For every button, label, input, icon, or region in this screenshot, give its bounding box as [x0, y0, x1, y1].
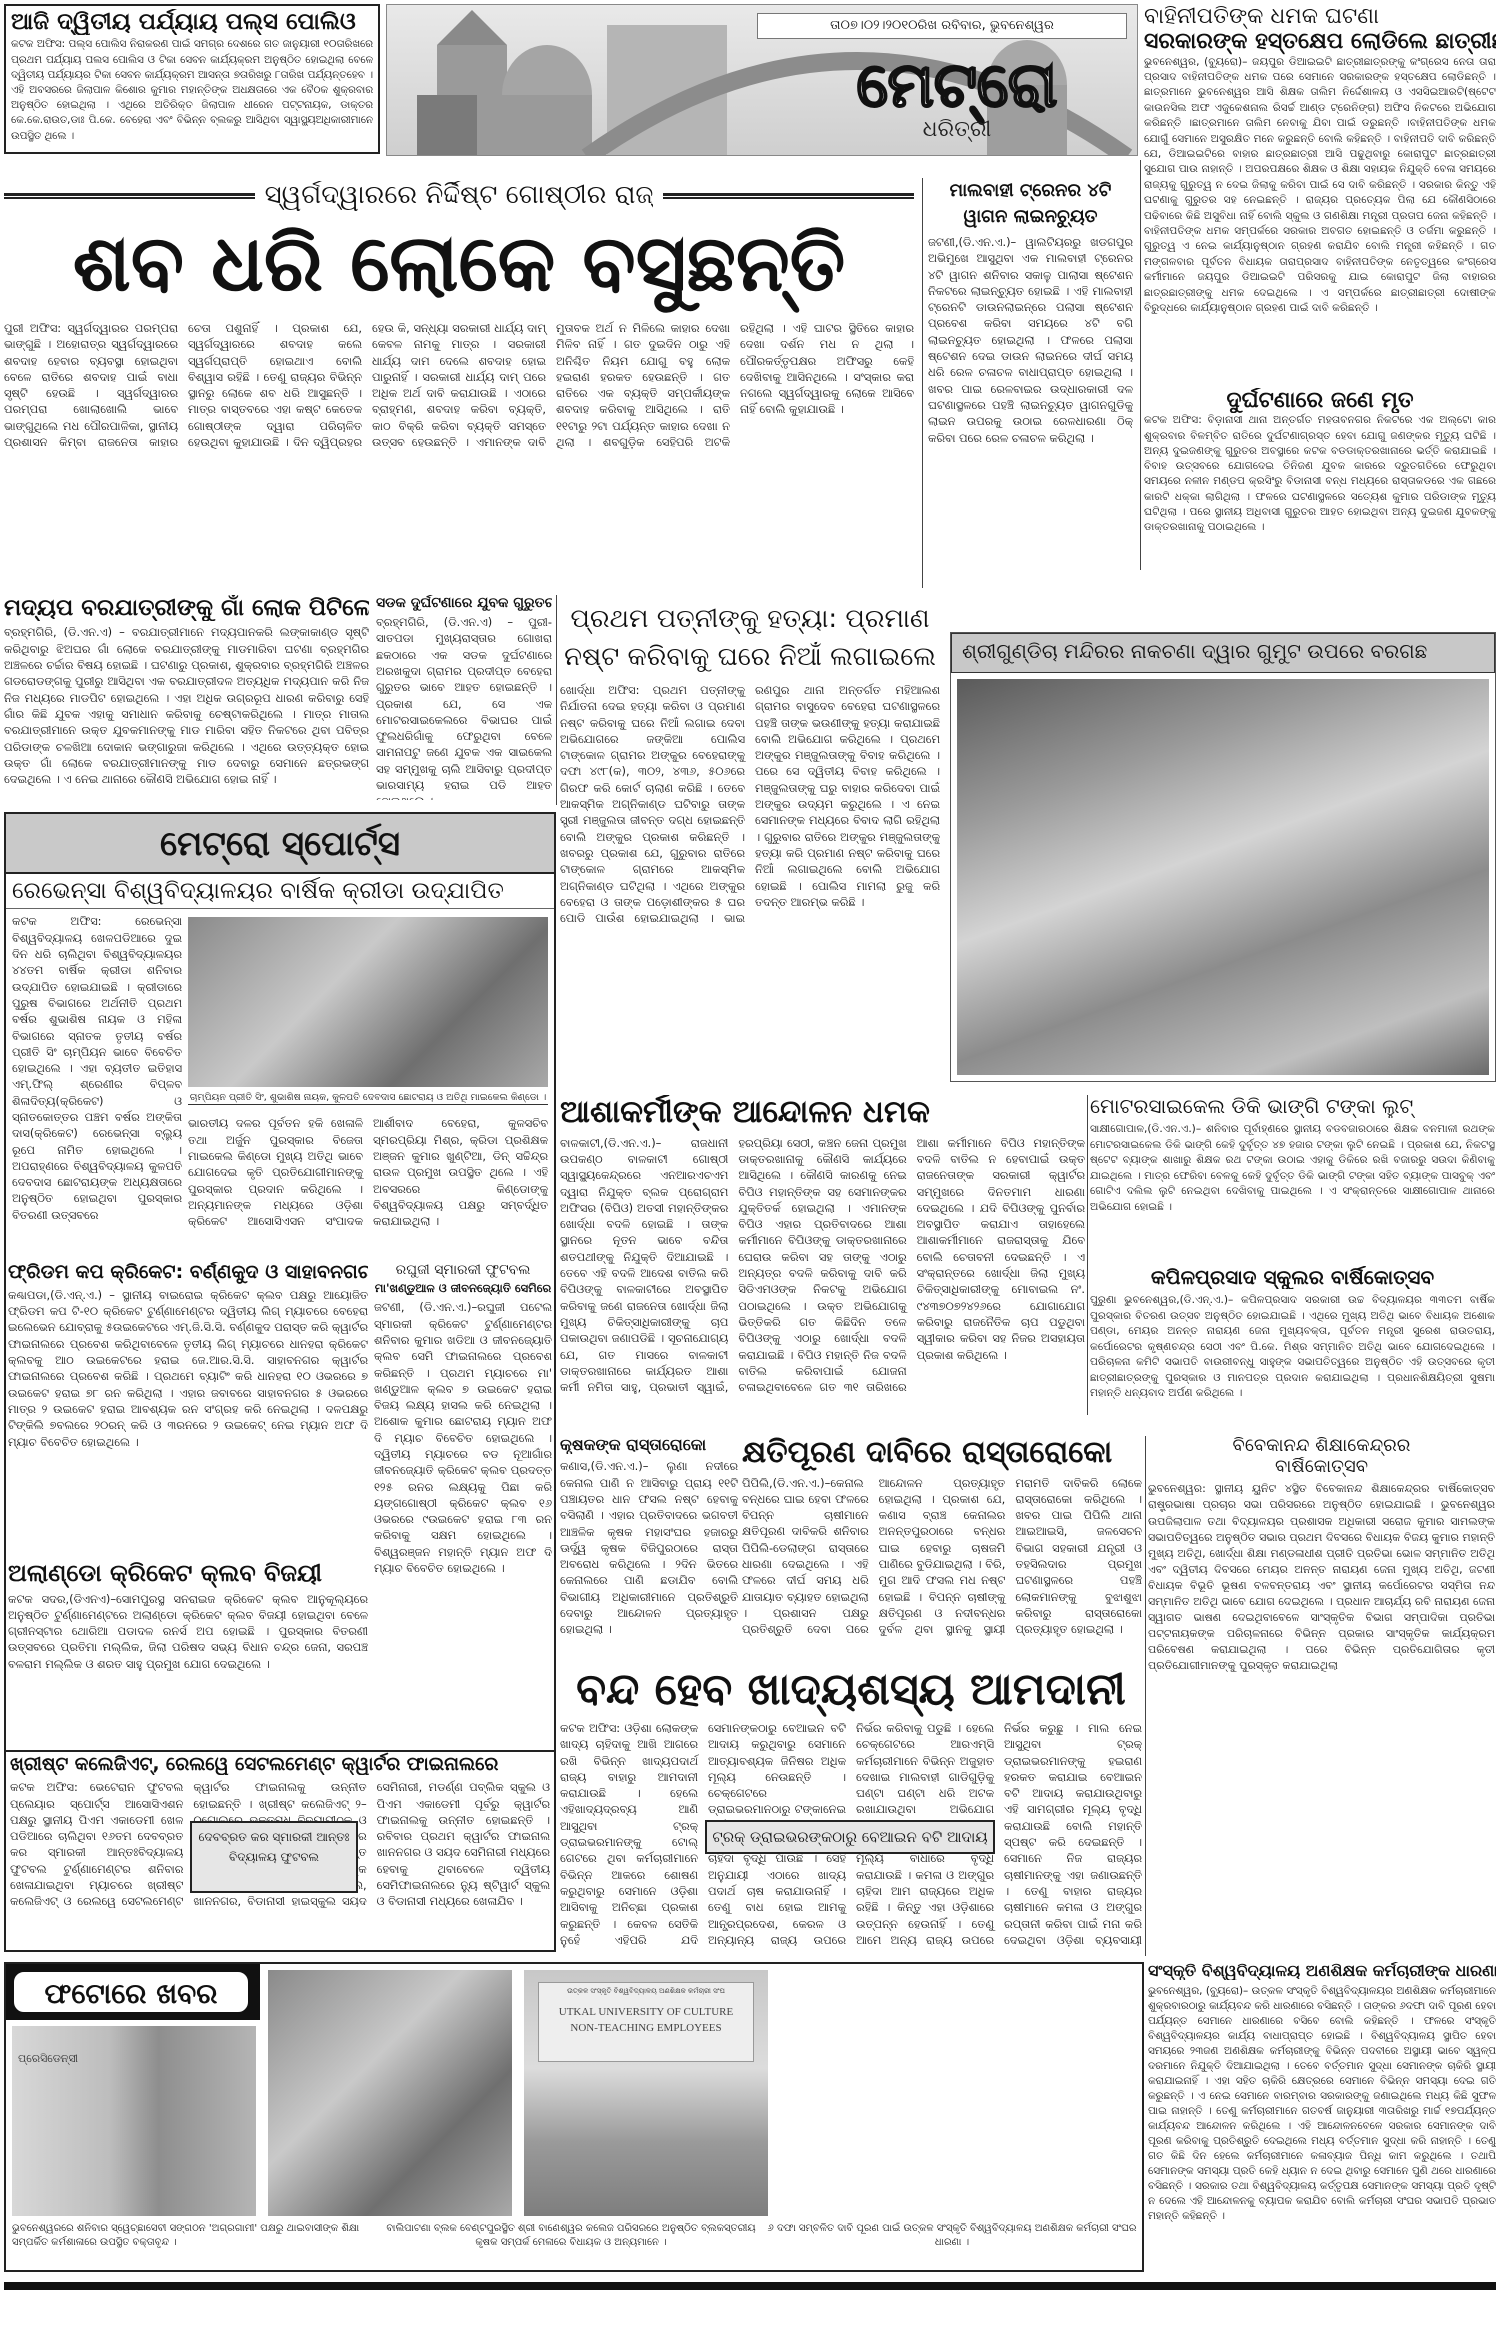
photo-1-caption: ଭୁବନେଶ୍ୱରରେ ଶନିବାର ସ୍ୱେଚ୍ଛାସେବୀ ସଙ୍ଗଠନ '… — [12, 2222, 376, 2250]
accident-body: କଟକ ଅଫିସ: ବିଡ଼ାନାସୀ ଥାନା ଅନ୍ତର୍ଗତ ମହତାବନ… — [1144, 413, 1496, 547]
ravenshaw-caption: ଚାମ୍ପିୟନ ପ୍ରୀତି ସିଂ, ଶୁଭାଶିଷ ନାୟକ, କୁଳପତ… — [188, 1091, 548, 1105]
motorcycle-headline: ମୋଟରସାଇକେଲ ଡିକି ଭାଙ୍ଗି ଟଙ୍କା ଲୁଟ୍ — [1090, 1095, 1495, 1118]
road-accident-body: ବ୍ରହ୍ମଗିରି, (ଡି.ଏନ.ଏ) – ପୁରୀ-ସାତପଡା ମୁଖ୍… — [376, 614, 552, 800]
gundicha-box: ଶ୍ରୀଗୁଣ୍ଡିଚା ମନ୍ଦିରର ନାକଚଣା ଦ୍ୱାର ଗୁମୁଟ … — [950, 632, 1496, 1082]
polio-headline: ଆଜି ଦ୍ୱିତୀୟ ପର୍ଯ୍ୟାୟ ପଲ୍ସ ପୋଲିଓ — [11, 9, 373, 35]
swargadwara-kicker: ସ୍ୱର୍ଗଦ୍ୱାରରେ ନିର୍ଦ୍ଦିଷ୍ଟ ଗୋଷ୍ଠୀର ରାଜ୍ — [265, 181, 654, 211]
christ-boxed-title-2: ବିଦ୍ୟାଳୟ ଫୁଟବଲ — [192, 1851, 356, 1865]
ravenshaw-headline: ରେଭେନ୍ସା ବିଶ୍ୱବିଦ୍ୟାଳୟର ବାର୍ଷିକ କ୍ରୀଡା ଉ… — [6, 874, 554, 909]
gundicha-headline: ଶ୍ରୀଗୁଣ୍ଡିଚା ମନ୍ଦିରର ନାକଚଣା ଦ୍ୱାର ଗୁମୁଟ … — [951, 633, 1495, 673]
photo-news-banner: ଫଟୋରେ ଖବର — [12, 1970, 250, 2014]
swargadwara-kicker-row: ସ୍ୱର୍ଗଦ୍ୱାରରେ ନିର୍ଦ୍ଦିଷ୍ଟ ଗୋଷ୍ଠୀର ରାଜ୍ — [4, 178, 914, 214]
raghuji-story: ରଘୁଜୀ ସ୍ମାରକୀ ଫୁଟବଲ ମା'ଖଣ୍ଡୁଆଳ ଓ ଜୀବନଜ୍ୟ… — [374, 1262, 552, 1712]
photo-3: ଉତ୍କଳ ସଂସ୍କୃତି ବିଶ୍ୱବିଦ୍ୟାଳୟ ଅଣଶିକ୍ଷକ କର… — [524, 1970, 768, 2216]
alando-headline: ଅଲାଣ୍ଡୋ କ୍ରିକେଟ କ୍ଲବ ବିଜୟୀ — [8, 1560, 368, 1588]
raghuji-headline-2: ମା'ଖଣ୍ଡୁଆଳ ଓ ଜୀବନଜ୍ୟୋତି ସେମିରେ — [374, 1282, 552, 1295]
freedom-cup-story: ଫ୍ରିଡମ କପ କ୍ରିକେଟ: ବର୍ଣ୍ଣକୁଦ ଓ ସାହାବନଗର … — [8, 1262, 368, 1552]
malbahi-body: ଜଟଣୀ,(ଡି.ଏନ.ଏ.)– ୱାଲଟିୟରରୁ ଖଡଗପୁର ଅଭିମୁଖ… — [928, 234, 1133, 534]
asha-story: ଆଶାକର୍ମୀଙ୍କ ଆନ୍ଦୋଳନ ଧମକ ବାଳକାଟୀ,(ଡି.ଏନ.ଏ… — [560, 1095, 1085, 1415]
kapilaprasad-story: କପିଳପ୍ରସାଦ ସ୍କୁଲର ବାର୍ଷିକୋତ୍ସବ ପୁରୁଣା ଭୁ… — [1090, 1266, 1495, 1416]
raghuji-headline-1: ରଘୁଜୀ ସ୍ମାରକୀ ଫୁଟବଲ — [374, 1262, 552, 1278]
road-accident-headline: ସଡକ ଦୁର୍ଘଟଣାରେ ଯୁବକ ଗୁରୁତର — [376, 595, 552, 611]
ravenshaw-body-right: ଭାରତୀୟ ଦଳର ପୂର୍ବତନ ହକି ଖେଳାଳି ତଥା ଅର୍ଜୁନ… — [188, 1115, 548, 1241]
drunk-story: ମଦ୍ୟପ ବରଯାତ୍ରୀଙ୍କୁ ଗାଁ ଲୋକ ପିଟିଲେ ବ୍ରହ୍ମ… — [4, 595, 369, 805]
kapilaprasad-headline: କପିଳପ୍ରସାଦ ସ୍କୁଲର ବାର୍ଷିକୋତ୍ସବ — [1090, 1266, 1495, 1289]
christ-boxed-title-1: ଦେବବ୍ରତ କର ସ୍ମାରକୀ ଆନ୍ତଃ — [192, 1831, 356, 1845]
compensation-headline: କ୍ଷତିପୂରଣ ଦାବିରେ ରାସ୍ତାରୋକୋ — [742, 1436, 1142, 1471]
bahinipati-headline-2: ସରକାରଙ୍କ ହସ୍ତକ୍ଷେପ ଲୋଡିଲେ ଛାତ୍ରୀଛାତ୍ର — [1144, 29, 1496, 54]
kapilaprasad-body: ପୁରୁଣା ଭୁବନେଶ୍ୱର,(ଡି.ଏନ୍.ଏ.)– କପିଳପ୍ରସାଦ… — [1090, 1293, 1495, 1411]
dateline-box: ତା୦୭।୦୨।୨୦୧୦ରିଖ ରବିବାର, ଭୁବନେଶ୍ୱର — [757, 13, 1127, 39]
column-rule — [1140, 160, 1141, 570]
rule-left — [4, 193, 255, 199]
compensation-body: ପିପିଲି,(ଡି.ଏନ.ଏ.)–କେନାଲ ବନ୍ଧରେ ଘାଇ ହେବା … — [742, 1475, 1142, 1653]
motorcycle-story: ମୋଟରସାଇକେଲ ଡିକି ଭାଙ୍ଗି ଟଙ୍କା ଲୁଟ୍ ସାକ୍ଷୀ… — [1090, 1095, 1495, 1260]
bottom-rule — [4, 2282, 1496, 2290]
murder-body: ଖୋର୍ଦ୍ଧା ଅଫିସ: ପ୍ରଥମ ପତ୍ନୀଙ୍କୁ ନିର୍ଯାତନା… — [560, 682, 940, 1078]
food-import-subhead: ଟ୍ରକ୍ ଡ୍ରାଇଭରଙ୍କଠାରୁ ବେଆଇନ ବଟି ଆଦାୟ — [705, 1820, 995, 1854]
column-rule — [922, 178, 923, 588]
sanskruti-story: ସଂସ୍କୃତି ବିଶ୍ୱବିଦ୍ୟାଳୟ ଅଣଶିକ୍ଷକ କର୍ମଚାରୀ… — [1148, 1962, 1496, 2272]
photo-news-section: ଫଟୋରେ ଖବର ପ୍ରେସିଡେନ୍ସୀ ଭୁବନେଶ୍ୱରରେ ଶନିବା… — [4, 1962, 1144, 2272]
motorcycle-body: ସାକ୍ଷୀଗୋପାଳ,(ଡି.ଏନ.ଏ.)– ଶନିବାର ପୂର୍ବାହ୍ଣ… — [1090, 1122, 1495, 1250]
bahinipati-headline-1: ବାହିନୀପତିଙ୍କ ଧମକ ଘଟଣା — [1144, 4, 1496, 29]
sports-banner: ମେଟ୍ରୋ ସ୍ପୋର୍ଟ୍ସ — [6, 814, 554, 874]
masthead: ତା୦୭।୦୨।୨୦୧୦ରିଖ ରବିବାର, ଭୁବନେଶ୍ୱର ମେଟ୍ରୋ… — [386, 4, 1138, 156]
malbahi-headline: ମାଲବାହୀ ଟ୍ରେନର ୪ଟି ୱାଗନ ଲାଇନଚ୍ୟୁତ — [928, 178, 1133, 230]
food-import-headline: ବନ୍ଦ ହେବ ଖାଦ୍ୟଶସ୍ୟ ଆମଦାନୀ — [560, 1660, 1142, 1720]
vivekananda-headline-2: ବାର୍ଷିକୋତ୍ସବ — [1148, 1457, 1495, 1478]
rule-right — [663, 193, 914, 199]
photo-3-sign-en2: NON-TEACHING EMPLOYEES — [539, 2022, 753, 2034]
christ-boxed-title: ଦେବବ୍ରତ କର ସ୍ମାରକୀ ଆନ୍ତଃ ବିଦ୍ୟାଳୟ ଫୁଟବଲ — [190, 1821, 358, 1893]
photo-3-caption: ୬ ଦଫା ସମ୍ବଳିତ ଦାବି ପୂରଣ ପାଇଁ ଉତ୍କଳ ସଂସ୍କ… — [762, 2222, 1142, 2250]
photo-1-sign: ପ୍ରେସିଡେନ୍ସୀ — [18, 2052, 78, 2066]
photo-3-sign-odia: ଉତ୍କଳ ସଂସ୍କୃତି ବିଶ୍ୱବିଦ୍ୟାଳୟ ଅଣଶିକ୍ଷକ କର… — [539, 1987, 753, 1996]
krushak-story: କୃଷକଙ୍କ ରାସ୍ତାରୋକୋ କଣାସ,(ଡି.ଏନ.ଏ.)– ଲୁଣା… — [560, 1436, 738, 1656]
vivekananda-story: ବିବେକାନନ୍ଦ ଶିକ୍ଷାକେନ୍ଦ୍ରର ବାର୍ଷିକୋତ୍ସବ ଭ… — [1148, 1436, 1495, 1876]
polio-body: କଟକ ଅଫିସ: ପଲ୍ସ ପୋଲିସ ନିରାକରଣ ପାଇଁ ସମଗ୍ର … — [11, 37, 373, 149]
asha-body: ବାଳକାଟୀ,(ଡି.ଏନ.ଏ.)– ରାଜଧାନୀ ଉପକଣ୍ଠ ବାଳକା… — [560, 1135, 1085, 1411]
photo-2-caption: ବାଲିପାଟଣା ବ୍ଲକ ବେଣ୍ଟପୁରସ୍ଥିତ ଶ୍ରୀ ବାଣେଶ୍… — [386, 2222, 756, 2250]
sanskruti-headline: ସଂସ୍କୃତି ବିଶ୍ୱବିଦ୍ୟାଳୟ ଅଣଶିକ୍ଷକ କର୍ମଚାରୀ… — [1148, 1962, 1496, 1980]
masthead-title: ମେଟ୍ରୋ — [807, 49, 1107, 121]
raghuji-body: ଜଟଣୀ, (ଡି.ଏନ.ଏ.)–ରଘୁଜୀ ପଟେଲ ସ୍ମାରକୀ କ୍ରି… — [374, 1299, 552, 1699]
ravenshaw-photo — [188, 917, 548, 1087]
photo-3-sign-en1: UTKAL UNIVERSITY OF CULTURE — [539, 2006, 753, 2018]
accident-story: ଦୁର୍ଘଟଣାରେ ଜଣେ ମୃତ କଟକ ଅଫିସ: ବିଡ଼ାନାସୀ ଥ… — [1144, 388, 1496, 556]
freedom-cup-headline: ଫ୍ରିଡମ କପ କ୍ରିକେଟ: ବର୍ଣ୍ଣକୁଦ ଓ ସାହାବନଗର … — [8, 1262, 368, 1284]
photo-1: ପ୍ରେସିଡେନ୍ସୀ — [12, 2026, 256, 2216]
swargadwara-headline: ଶବ ଧରି ଲୋକେ ବସୁଛନ୍ତି — [4, 214, 914, 314]
alando-body: କଟକ ସଦର,(ଡିଏନଏ)–ସୋମପୁରସ୍ଥ ସନରାଇଜ କ୍ରିକେଟ… — [8, 1591, 368, 1711]
column-rule — [1087, 1095, 1088, 1415]
drunk-headline: ମଦ୍ୟପ ବରଯାତ୍ରୀଙ୍କୁ ଗାଁ ଲୋକ ପିଟିଲେ — [4, 595, 369, 621]
compensation-story: କ୍ଷତିପୂରଣ ଦାବିରେ ରାସ୍ତାରୋକୋ ପିପିଲି,(ଡି.ଏ… — [742, 1436, 1142, 1656]
sanskruti-body: ଭୁବନେଶ୍ୱର, (ବ୍ୟୁରୋ)– ଉତ୍କଳ ସଂସ୍କୃତି ବିଶ୍… — [1148, 1984, 1496, 2268]
road-accident-story: ସଡକ ଦୁର୍ଘଟଣାରେ ଯୁବକ ଗୁରୁତର ବ୍ରହ୍ମଗିରି, (… — [376, 595, 552, 805]
vivekananda-body: ଭୁବନେଶ୍ୱର: ସ୍ଥାନୀୟ ୟୁନିଟ ୪ସ୍ଥିତ ବିବେକାନନ… — [1148, 1481, 1495, 1861]
photo-3-sign: ଉତ୍କଳ ସଂସ୍କୃତି ବିଶ୍ୱବିଦ୍ୟାଳୟ ଅଣଶିକ୍ଷକ କର… — [538, 1982, 754, 2062]
accident-headline: ଦୁର୍ଘଟଣାରେ ଜଣେ ମୃତ — [1144, 388, 1496, 413]
christ-story: ଖ୍ରୀଷ୍ଟ କଲେଜିଏଟ୍, ରେଲୱେ ସେଟଲମେଣ୍ଟ କ୍ୱାର୍… — [4, 1752, 556, 1952]
krushak-body: କଣାସ,(ଡି.ଏନ.ଏ.)– ଲୁଣା ନଦୀରେ କେନାଲ ପାଣି ନ… — [560, 1458, 738, 1648]
malbahi-story: ମାଲବାହୀ ଟ୍ରେନର ୪ଟି ୱାଗନ ଲାଇନଚ୍ୟୁତ ଜଟଣୀ,(… — [928, 178, 1133, 543]
asha-headline: ଆଶାକର୍ମୀଙ୍କ ଆନ୍ଦୋଳନ ଧମକ — [560, 1095, 1085, 1131]
column-rule — [1145, 1436, 1146, 1956]
gundicha-photo — [957, 679, 1489, 1075]
food-import-story: ବନ୍ଦ ହେବ ଖାଦ୍ୟଶସ୍ୟ ଆମଦାନୀ କଟକ ଅଫିସ: ଓଡ଼ି… — [560, 1660, 1142, 1956]
drunk-body: ବ୍ରହ୍ମଗିରି, (ଡି.ଏନ.ଏ) – ବରଯାତ୍ରୀମାନେ ମଦ୍… — [4, 624, 369, 800]
bahinipati-body: ଭୁବନେଶ୍ୱର, (ବ୍ୟୁରୋ)– ଜୟପୁର ଡିଆଇଇଟି ଛାତ୍ର… — [1144, 55, 1496, 363]
vivekananda-headline-1: ବିବେକାନନ୍ଦ ଶିକ୍ଷାକେନ୍ଦ୍ରର — [1148, 1436, 1495, 1457]
column-rule — [556, 595, 557, 805]
photo-2 — [268, 1970, 512, 2216]
bahinipati-story: ବାହିନୀପତିଙ୍କ ଧମକ ଘଟଣା ସରକାରଙ୍କ ହସ୍ତକ୍ଷେପ… — [1144, 4, 1496, 384]
christ-headline: ଖ୍ରୀଷ୍ଟ କଲେଜିଏଟ୍, ରେଲୱେ ସେଟଲମେଣ୍ଟ କ୍ୱାର୍… — [10, 1752, 550, 1775]
krushak-headline: କୃଷକଙ୍କ ରାସ୍ତାରୋକୋ — [560, 1436, 738, 1454]
polio-box: ଆଜି ଦ୍ୱିତୀୟ ପର୍ଯ୍ୟାୟ ପଲ୍ସ ପୋଲିଓ କଟକ ଅଫିସ… — [4, 4, 380, 154]
masthead-subtitle: ଧରିତ୍ରୀ — [907, 117, 1007, 142]
alando-story: ଅଲାଣ୍ଡୋ କ୍ରିକେଟ କ୍ଲବ ବିଜୟୀ କଟକ ସଦର,(ଡିଏନ… — [8, 1560, 368, 1720]
ravenshaw-story: କଟକ ଅଫିସ: ରେଭେନ୍ସା ବିଶ୍ୱବିଦ୍ୟାଳୟ ଖେଳପଡିଆ… — [6, 909, 554, 1209]
murder-story: ପ୍ରଥମ ପତ୍ନୀଙ୍କୁ ହତ୍ୟା: ପ୍ରମାଣ ନଷ୍ଟ କରିବା… — [560, 600, 940, 1080]
swargadwara-body: ପୁରୀ ଅଫିସ: ସ୍ୱର୍ଗଦ୍ୱାରର ପରମ୍ପରା ଭାଙ୍ଗୁଛି… — [4, 320, 914, 520]
freedom-cup-body: କଣ୍ଢାପଡା,(ଡି.ଏନ୍.ଏ.) – ସ୍ଥାନୀୟ ବାଇରୋଇ କ୍… — [8, 1287, 368, 1543]
murder-headline: ପ୍ରଥମ ପତ୍ନୀଙ୍କୁ ହତ୍ୟା: ପ୍ରମାଣ ନଷ୍ଟ କରିବା… — [560, 600, 940, 678]
